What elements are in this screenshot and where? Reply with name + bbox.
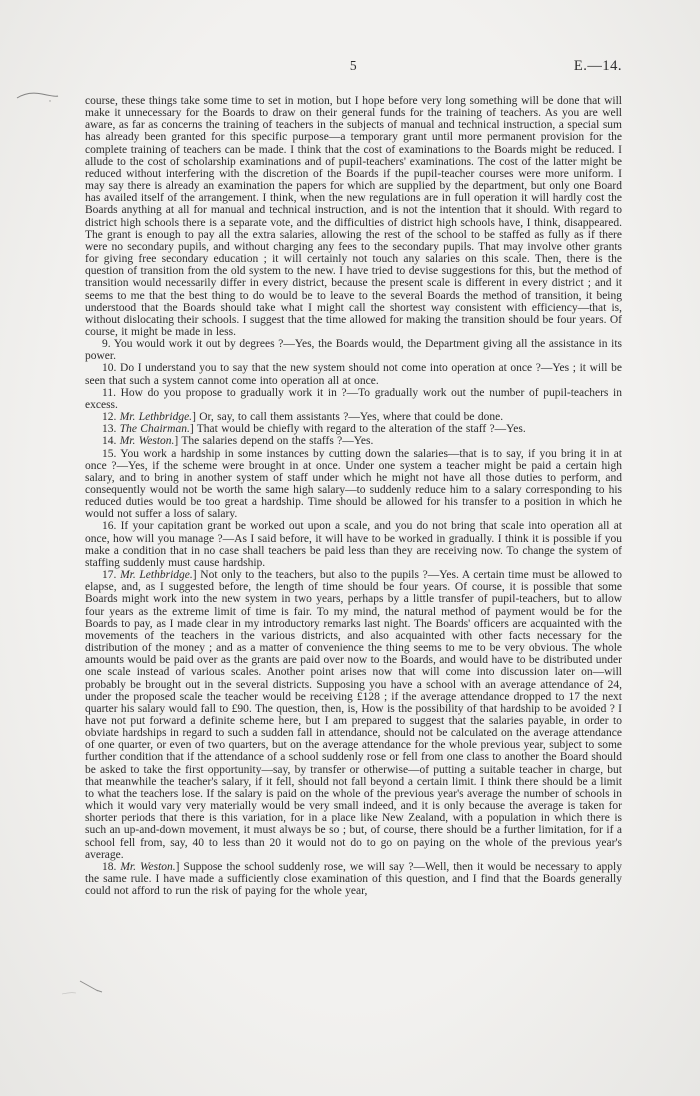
paragraph: 14. Mr. Weston.] The salaries depend on …: [85, 435, 622, 447]
paragraph-text: ] Or, say, to call them assistants ?—Yes…: [192, 411, 503, 423]
text-column: course, these things take some time to s…: [85, 95, 622, 897]
paragraph-text: 17.: [102, 569, 120, 581]
paragraph: 17. Mr. Lethbridge.] Not only to the tea…: [85, 569, 622, 861]
paragraph-text: 10. Do I understand you to say that the …: [85, 362, 622, 386]
paragraph-text: 18.: [102, 861, 120, 873]
speaker-name: Mr. Weston.: [120, 861, 175, 873]
paragraph: course, these things take some time to s…: [85, 95, 622, 338]
paragraph-text: 13.: [102, 423, 120, 435]
paragraph-text: 16. If your capitation grant be worked o…: [85, 520, 622, 568]
scan-pen-mark-bottom-left: [58, 978, 118, 1004]
paragraph: 11. How do you propose to gradually work…: [85, 387, 622, 411]
paragraph-text: 11. How do you propose to gradually work…: [85, 387, 622, 411]
scan-pen-mark-top-left: [14, 88, 60, 104]
paragraph: 9. You would work it out by degrees ?—Ye…: [85, 338, 622, 362]
paragraph-text: course, these things take some time to s…: [85, 95, 622, 338]
paragraph-text: ] That would be chiefly with regard to t…: [190, 423, 526, 435]
page-number: 5: [85, 58, 622, 74]
speaker-name: Mr. Weston.: [120, 435, 175, 447]
paragraph: 15. You work a hardship in some instance…: [85, 448, 622, 521]
paragraph-text: ] Not only to the teachers, but also to …: [85, 569, 622, 861]
paragraph-text: ] The salaries depend on the staffs ?—Ye…: [174, 435, 373, 447]
paragraph-text: 12.: [102, 411, 120, 423]
paragraph-text: 9. You would work it out by degrees ?—Ye…: [85, 338, 622, 362]
paragraph: 12. Mr. Lethbridge.] Or, say, to call th…: [85, 411, 622, 423]
page-header: 5 E.—14.: [85, 58, 622, 78]
paragraph-text: 14.: [102, 435, 120, 447]
paragraph: 10. Do I understand you to say that the …: [85, 362, 622, 386]
paragraph-text: 15. You work a hardship in some instance…: [85, 448, 622, 521]
speaker-name: Mr. Lethbridge.: [120, 569, 193, 581]
scanned-document-page: 5 E.—14. course, these things take some …: [0, 0, 700, 1096]
speaker-name: The Chairman.: [120, 423, 190, 435]
speaker-name: Mr. Lethbridge.: [120, 411, 192, 423]
paragraph: 18. Mr. Weston.] Suppose the school sudd…: [85, 861, 622, 897]
document-reference: E.—14.: [574, 58, 622, 75]
paragraph: 13. The Chairman.] That would be chiefly…: [85, 423, 622, 435]
paragraph: 16. If your capitation grant be worked o…: [85, 520, 622, 569]
